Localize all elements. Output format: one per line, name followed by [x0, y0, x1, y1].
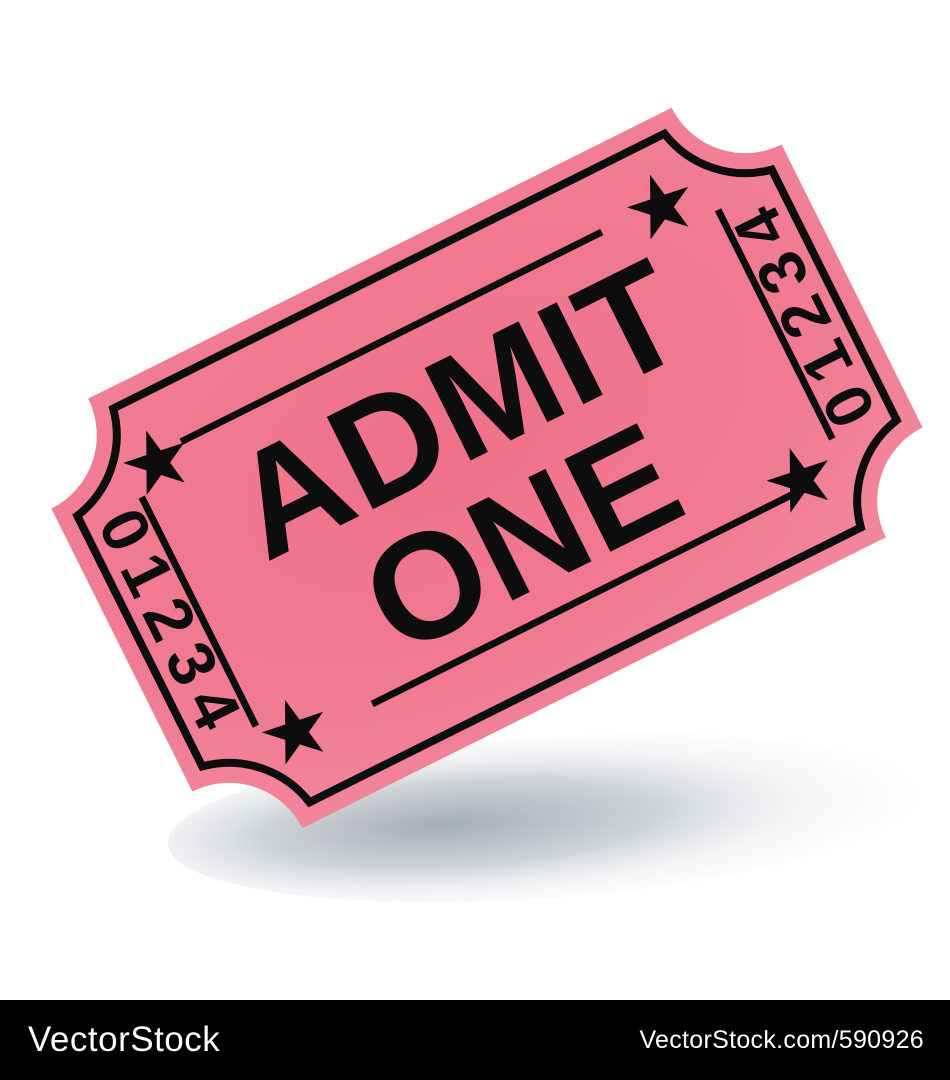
ticket-illustration: ADMIT ONE 01234 01234 [0, 0, 950, 1000]
watermark-bar: VectorStock VectorStock.com/590926 [0, 1000, 950, 1080]
watermark-url: VectorStock.com/590926 [639, 1000, 924, 1080]
stock-image-canvas: ADMIT ONE 01234 01234 VectorStock Vector… [0, 0, 950, 1080]
watermark-brand: VectorStock [28, 1000, 220, 1080]
